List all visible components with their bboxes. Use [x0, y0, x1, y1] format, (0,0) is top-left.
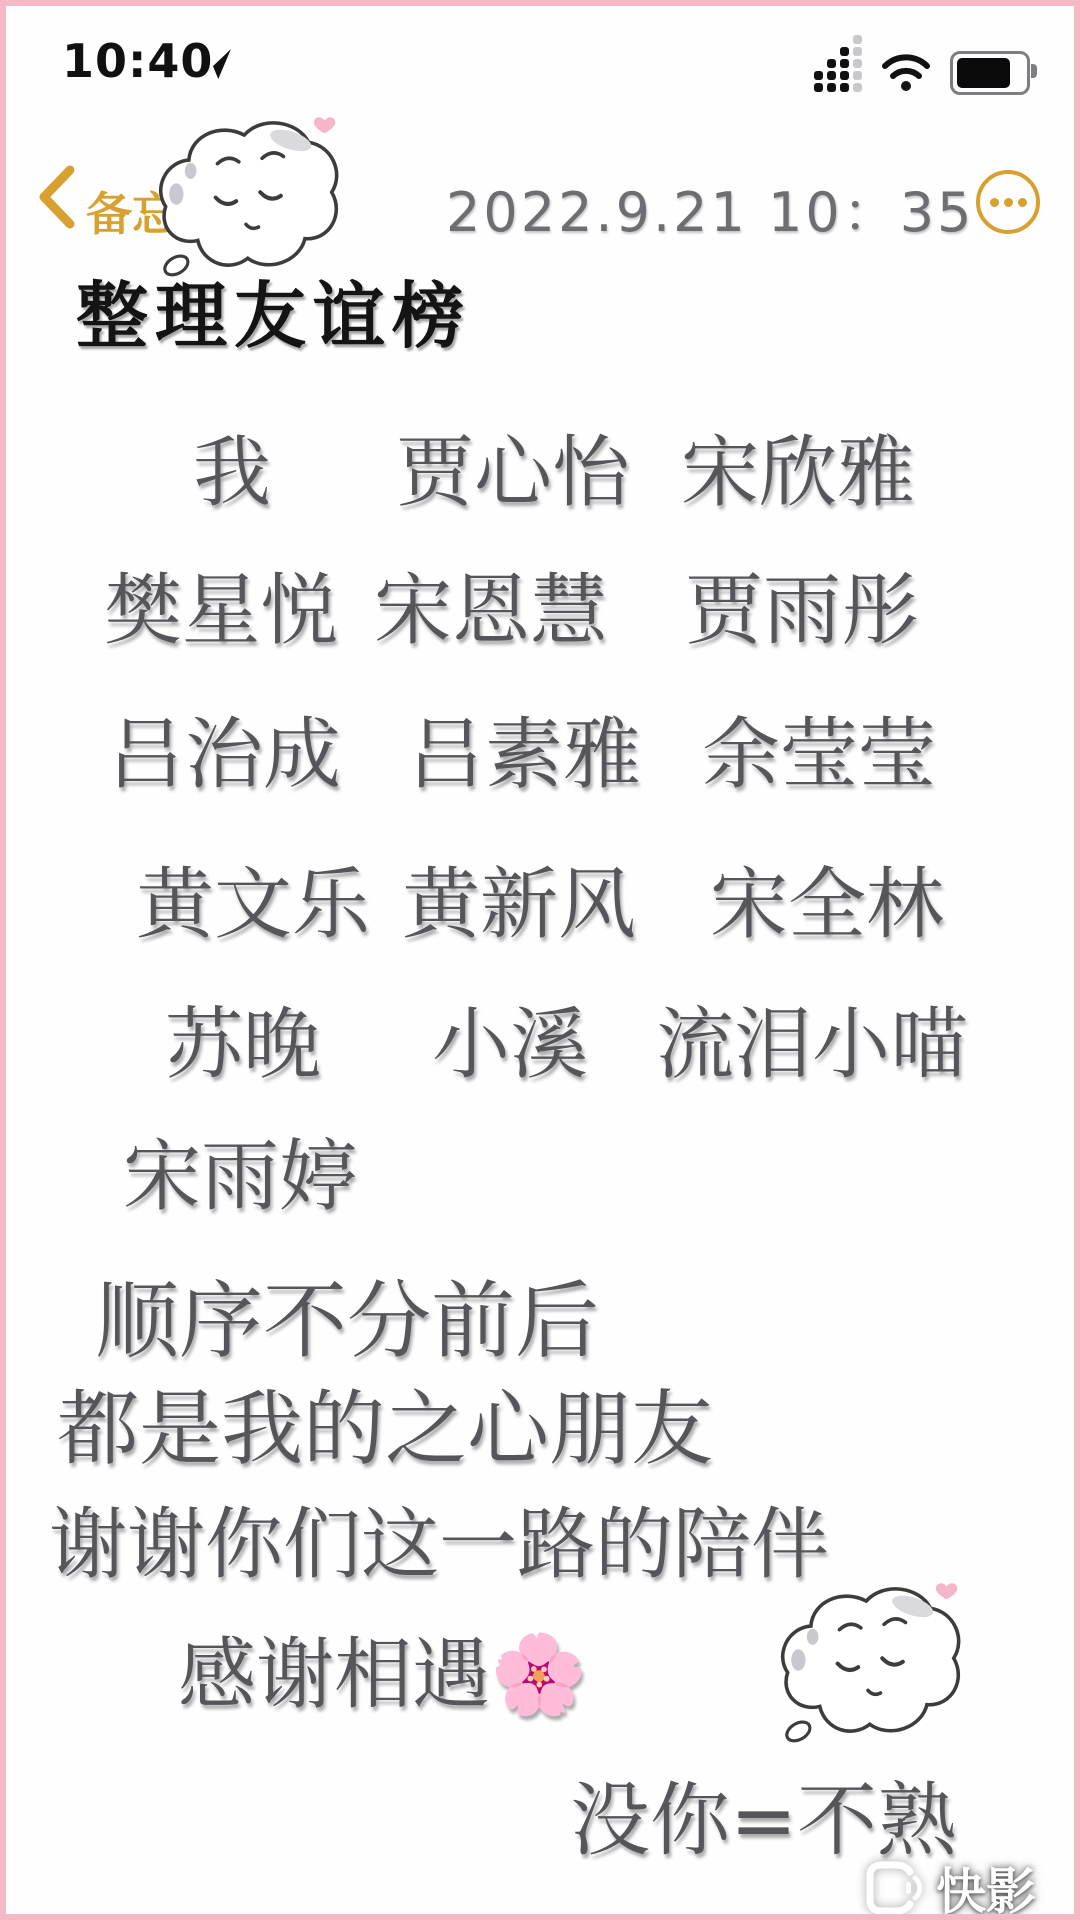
friend-name: 黄文乐 — [136, 842, 370, 954]
closing-line: 都是我的之心朋友 — [57, 1364, 713, 1481]
friend-name: 宋恩慧 — [374, 548, 608, 660]
friend-row: 吕治成 吕素雅 余莹莹 — [107, 692, 936, 804]
watermark-label: 快影 — [936, 1852, 1036, 1920]
kuaiying-watermark: 快影 — [864, 1852, 1036, 1920]
friend-name: 宋全林 — [710, 842, 944, 954]
friend-name: 贾心怡 — [396, 410, 630, 522]
friend-name: 余莹莹 — [702, 692, 936, 804]
friend-row: 樊星悦 宋恩慧 贾雨彤 — [104, 548, 919, 660]
friend-name: 吕治成 — [107, 692, 341, 804]
friend-name: 我 — [193, 410, 271, 522]
note-date: 2022.9.21 10：35 — [446, 170, 974, 247]
friend-name: 黄新风 — [402, 842, 636, 954]
friend-name: 小溪 — [432, 982, 588, 1094]
battery-icon — [950, 51, 1030, 95]
location-arrow-icon — [198, 46, 234, 82]
back-button[interactable] — [34, 164, 78, 230]
friend-row: 宋雨婷 — [123, 1114, 357, 1226]
more-options-button[interactable] — [976, 170, 1040, 234]
clock-time: 10:40 — [62, 34, 213, 88]
wifi-icon — [880, 50, 932, 92]
friend-name: 贾雨彤 — [685, 548, 919, 660]
friend-row: 黄文乐 黄新风 宋全林 — [136, 842, 944, 954]
friend-name: 吕素雅 — [407, 692, 641, 804]
friend-name: 流泪小喵 — [656, 982, 968, 1094]
status-bar: 10:40 — [6, 6, 1074, 106]
friend-name: 苏晚 — [165, 982, 321, 1094]
friend-name: 宋雨婷 — [123, 1114, 357, 1226]
cellular-signal-icon — [814, 50, 862, 92]
closing-line: 感谢相遇🌸 — [178, 1612, 587, 1724]
cloud-sticker-top — [146, 104, 346, 284]
notes-app-screen: 10:40 备忘 2022.9.21 10：35 — [0, 0, 1080, 1920]
friend-row: 我 贾心怡 宋欣雅 — [193, 410, 915, 522]
friend-name: 樊星悦 — [104, 548, 338, 660]
closing-line: 谢谢你们这一路的陪伴 — [49, 1482, 829, 1594]
note-title: 整理友谊榜 — [76, 258, 471, 362]
friend-name: 宋欣雅 — [681, 410, 915, 522]
friend-row: 苏晚 小溪 流泪小喵 — [165, 982, 968, 1094]
cloud-sticker-bottom — [768, 1570, 968, 1750]
closing-line: 顺序不分前后 — [95, 1254, 599, 1375]
camera-icon — [864, 1859, 926, 1917]
